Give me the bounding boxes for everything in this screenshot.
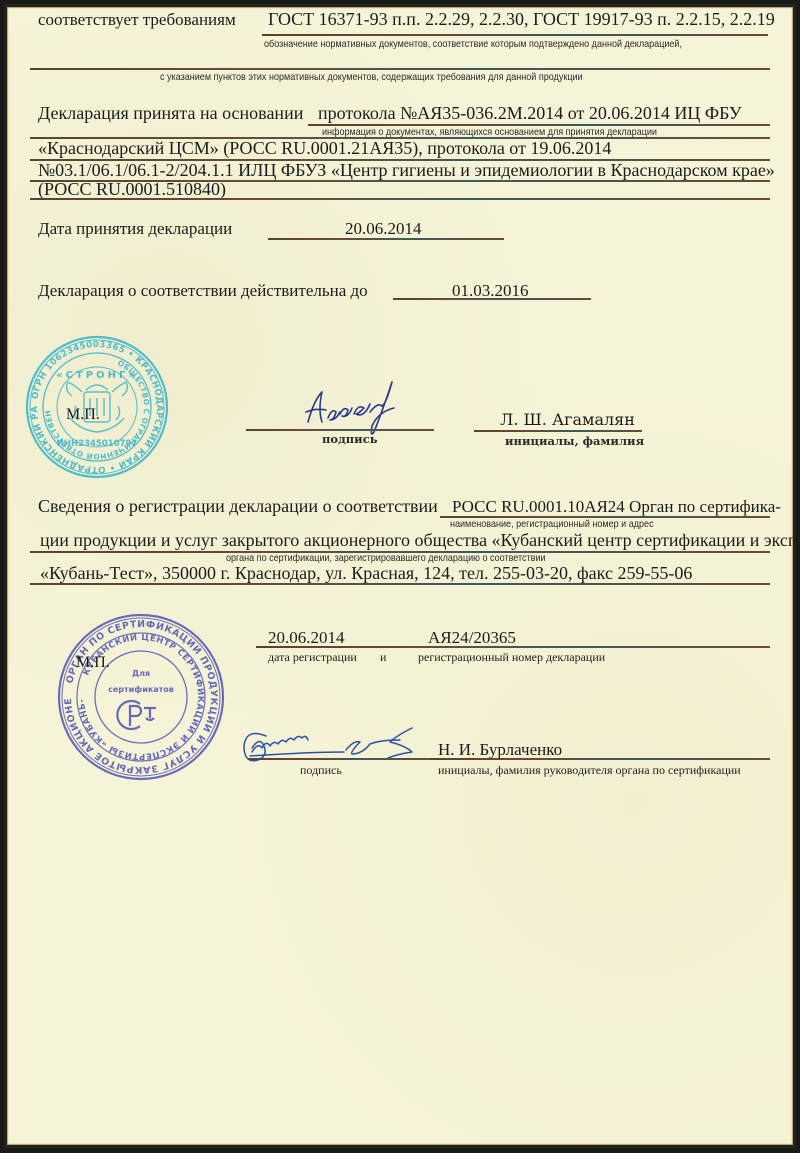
head-name: Н. И. Бурлаченко xyxy=(438,740,562,760)
basis-line-1: протокола №АЯ35-036.2М.2014 от 20.06.201… xyxy=(318,103,742,124)
basis-line-2: «Краснодарский ЦСМ» (РОСС RU.0001.21АЯ35… xyxy=(38,138,611,159)
registration-number-caption: регистрационный номер декларации xyxy=(418,650,605,665)
registration-caption-1: наименование, регистрационный номер и ад… xyxy=(450,518,654,530)
head-signature-icon xyxy=(240,722,450,772)
head-name-underline xyxy=(430,758,770,760)
acceptance-date-value: 20.06.2014 xyxy=(345,219,422,239)
declarant-signature-caption: подпись xyxy=(322,432,378,446)
declarant-name-caption: инициалы, фамилия xyxy=(505,434,644,448)
head-signature-caption: подпись xyxy=(300,763,342,778)
valid-until-label: Декларация о соответствии действительна … xyxy=(38,281,368,301)
declarant-name: Л. Ш. Агамалян xyxy=(500,410,635,429)
registration-line-1: РОСС RU.0001.10АЯ24 Орган по сертифика- xyxy=(452,497,781,517)
standards-underline-2 xyxy=(30,68,770,70)
head-name-caption: инициалы, фамилия руководителя органа по… xyxy=(438,763,741,778)
seal-label-2: М.П. xyxy=(76,654,110,672)
valid-until-underline xyxy=(393,298,591,300)
registration-number: АЯ24/20365 xyxy=(428,628,516,648)
standards-underline xyxy=(262,34,768,36)
registration-date-underline xyxy=(256,646,770,648)
declarant-name-underline xyxy=(474,430,642,432)
standards-value: ГОСТ 16371-93 п.п. 2.2.29, 2.2.30, ГОСТ … xyxy=(268,9,775,30)
standards-caption-2: с указанием пунктов этих нормативных док… xyxy=(160,71,583,83)
registration-line-2: ции продукции и услуг закрытого акционер… xyxy=(40,530,800,551)
standards-caption: обозначение нормативных документов, соот… xyxy=(264,38,682,50)
svg-text:Для: Для xyxy=(132,669,150,678)
registration-label: Сведения о регистрации декларации о соот… xyxy=(38,496,438,517)
registration-date: 20.06.2014 xyxy=(268,628,345,648)
registration-date-caption: дата регистрации xyxy=(268,650,357,665)
svg-text:«СТРОНГ»: «СТРОНГ» xyxy=(56,370,138,381)
acceptance-date-label: Дата принятия декларации xyxy=(38,219,232,239)
standards-label: соответствует требованиям xyxy=(38,10,236,30)
svg-text:ИНН2345010797: ИНН2345010797 xyxy=(57,439,138,449)
basis-line-3: №03.1/06.1/06.1-2/204.1.1 ИЛЦ ФБУЗ «Цент… xyxy=(38,160,775,181)
declarant-signature-underline xyxy=(246,429,434,431)
acceptance-date-underline xyxy=(268,238,504,240)
seal-label: М.П. xyxy=(66,406,100,424)
head-signature-underline xyxy=(248,758,430,760)
registration-line-3: «Кубань-Тест», 350000 г. Краснодар, ул. … xyxy=(40,563,692,584)
basis-label: Декларация принята на основании xyxy=(38,103,303,124)
svg-text:сертификатов: сертификатов xyxy=(108,685,174,694)
registration-underline-3 xyxy=(30,583,770,585)
registration-and-caption: и xyxy=(380,650,386,665)
basis-underline-5 xyxy=(30,198,770,200)
basis-line-4: (РОСС RU.0001.510840) xyxy=(38,179,226,200)
certification-body-stamp-icon: ОРГАН ПО СЕРТИФИКАЦИИ ПРОДУКЦИИ И УСЛУГ … xyxy=(56,612,226,782)
